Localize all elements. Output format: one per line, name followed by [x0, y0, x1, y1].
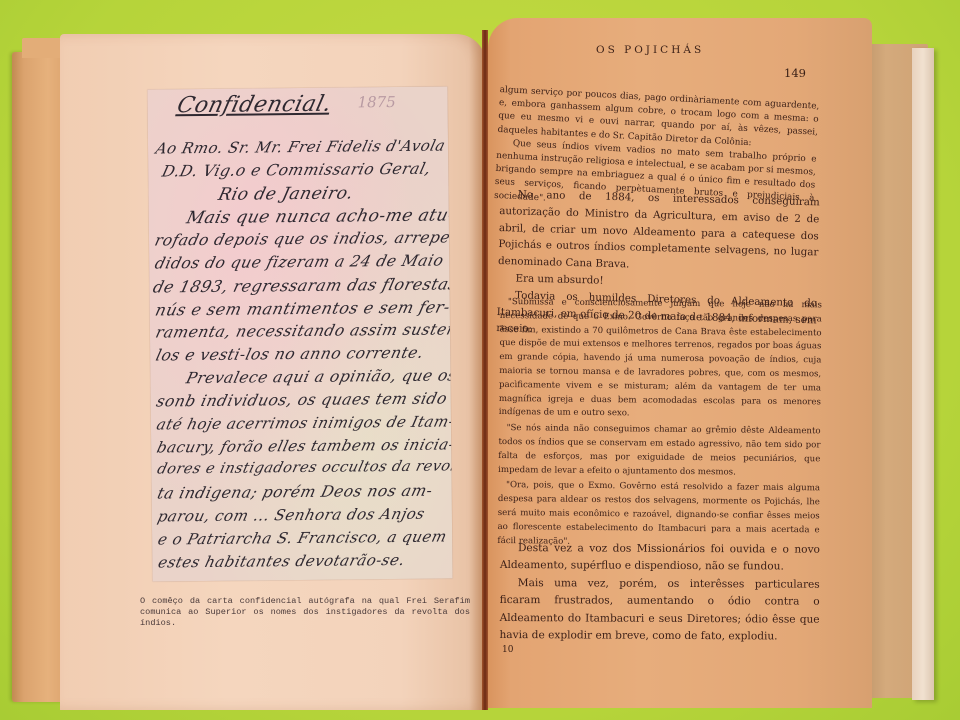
manuscript-line: Rio de Janeiro.	[216, 183, 355, 204]
paragraph: "Se nós ainda não conseguimos chamar ao …	[498, 422, 821, 481]
manuscript-facsimile: 1875 Confidencial. Ao Rmo. Sr. Mr. Frei …	[147, 86, 452, 581]
figure-caption: O comêço da carta confidencial autógrafa…	[140, 596, 470, 629]
manuscript-line: didos do que fizeram a 24 de Maio	[153, 251, 446, 272]
manuscript-line: sonb individuos, os quaes tem sido	[155, 389, 450, 410]
back-cover-edge	[912, 48, 934, 700]
manuscript-line: bacury, forão elles tambem os inicia-	[155, 435, 453, 456]
manuscript-line: de 1893, regressaram das florestas	[151, 274, 452, 296]
signature-mark: 10	[502, 645, 513, 655]
manuscript-line: Confidencial.	[175, 92, 335, 119]
manuscript-line: e o Patriarcha S. Francisco, a quem	[156, 527, 449, 548]
manuscript-line: ta indigena; porém Deos nos am-	[156, 482, 435, 503]
body-text-2: Desta vez a voz dos Missionários foi ouv…	[499, 540, 820, 646]
paragraph: No ano de 1884, os interessados consegui…	[498, 186, 820, 278]
paragraph: Mais uma vez, porém, os interêsses parti…	[499, 575, 819, 646]
running-head: OS POJICHÁS	[596, 44, 704, 56]
paragraph: Desta vez a voz dos Missionários foi ouv…	[500, 540, 820, 576]
manuscript-line: los e vesti-los no anno corrente.	[154, 344, 426, 365]
manuscript-stamp: 1875	[357, 93, 395, 111]
manuscript-line: rofado depois que os indios, arrepen-	[153, 228, 453, 249]
manuscript-facsimile-continued	[150, 548, 450, 581]
manuscript-line: Mais que nunca acho-me atu-	[184, 205, 452, 228]
manuscript-line: nús e sem mantimentos e sem fer-	[153, 297, 452, 319]
paragraph: "Submissa e conscienciosamente julgam qu…	[499, 296, 822, 424]
page-number: 149	[784, 66, 806, 80]
manuscript-line: ramenta, necessitando assim sustenta-	[154, 320, 453, 341]
manuscript-line: Ao Rmo. Sr. Mr. Frei Fidelis d'Avola	[154, 136, 447, 157]
book-gutter	[482, 30, 488, 710]
manuscript-line: dores e instigadores occultos da revol-	[156, 458, 453, 477]
manuscript-line: D.D. Vig.o e Commissario Geral,	[160, 160, 433, 181]
manuscript-line: parou, com ... Senhora dos Anjos	[156, 505, 427, 526]
manuscript-line: Prevalece aqui a opinião, que os	[184, 366, 452, 387]
quoted-passage-letter: "Submissa e conscienciosamente julgam qu…	[497, 296, 822, 554]
manuscript-line: até hoje acerrimos inimigos de Itam-	[155, 412, 453, 433]
